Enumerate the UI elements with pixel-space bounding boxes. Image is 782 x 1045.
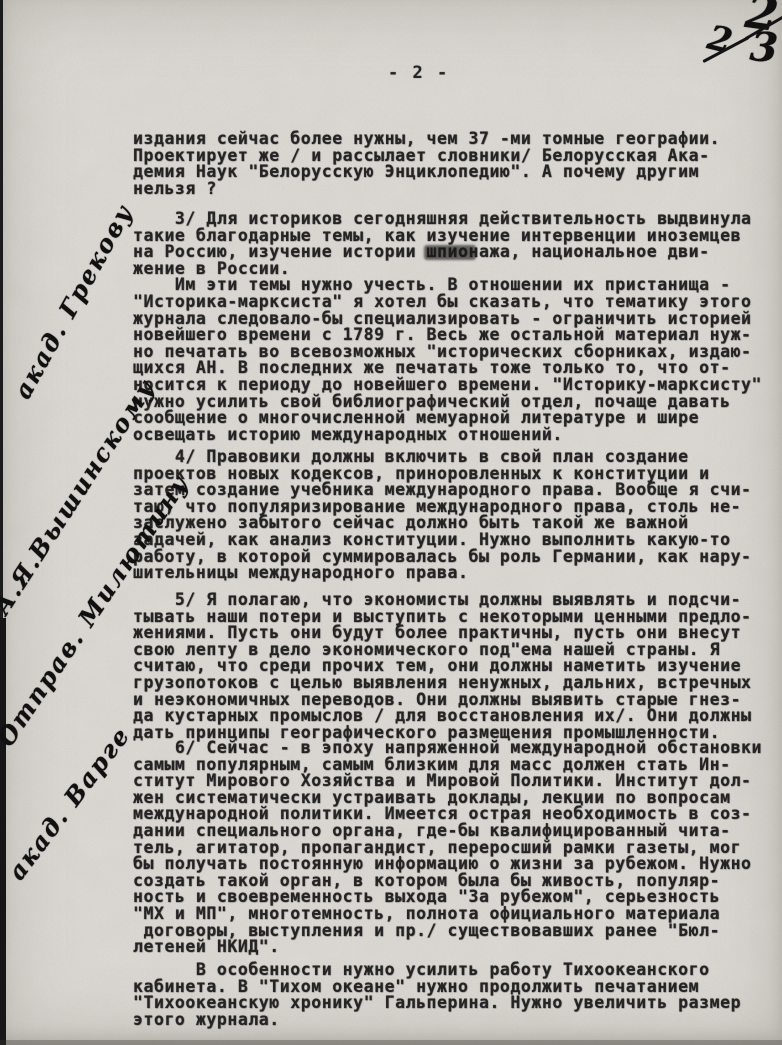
paragraph-item-6-institute: 6/ Сейчас - в эпоху напряженной междунар… <box>133 740 762 956</box>
handwritten-note-grekov: акад. Грекову <box>8 199 140 404</box>
handwritten-new-page-number: 3 <box>748 23 779 72</box>
typed-page-number: - 2 - <box>388 63 449 83</box>
scan-edge-bottom <box>0 1040 782 1045</box>
paragraph-pacific-cabinet: В особенности нужно усилить работу Тихоо… <box>133 962 741 1028</box>
paragraph-item-4-jurists: 4/ Правовики должны включить в свой план… <box>133 449 752 582</box>
paragraph-continuation: издания сейчас более нужны, чем 37 -ми т… <box>133 131 720 197</box>
scan-edge-left-thick <box>0 618 6 1045</box>
ink-overstrike-smudge <box>424 245 476 260</box>
handwritten-note-varga: акад. Варге <box>2 721 137 886</box>
scanned-document-page: - 2 - 2 2 3 издания сейчас более нужны, … <box>0 0 782 1045</box>
handwritten-old-page-number: 2 <box>704 18 737 63</box>
paragraph-item-5-economists: 5/ Я полагаю, что экономисты должны выяв… <box>133 592 752 741</box>
